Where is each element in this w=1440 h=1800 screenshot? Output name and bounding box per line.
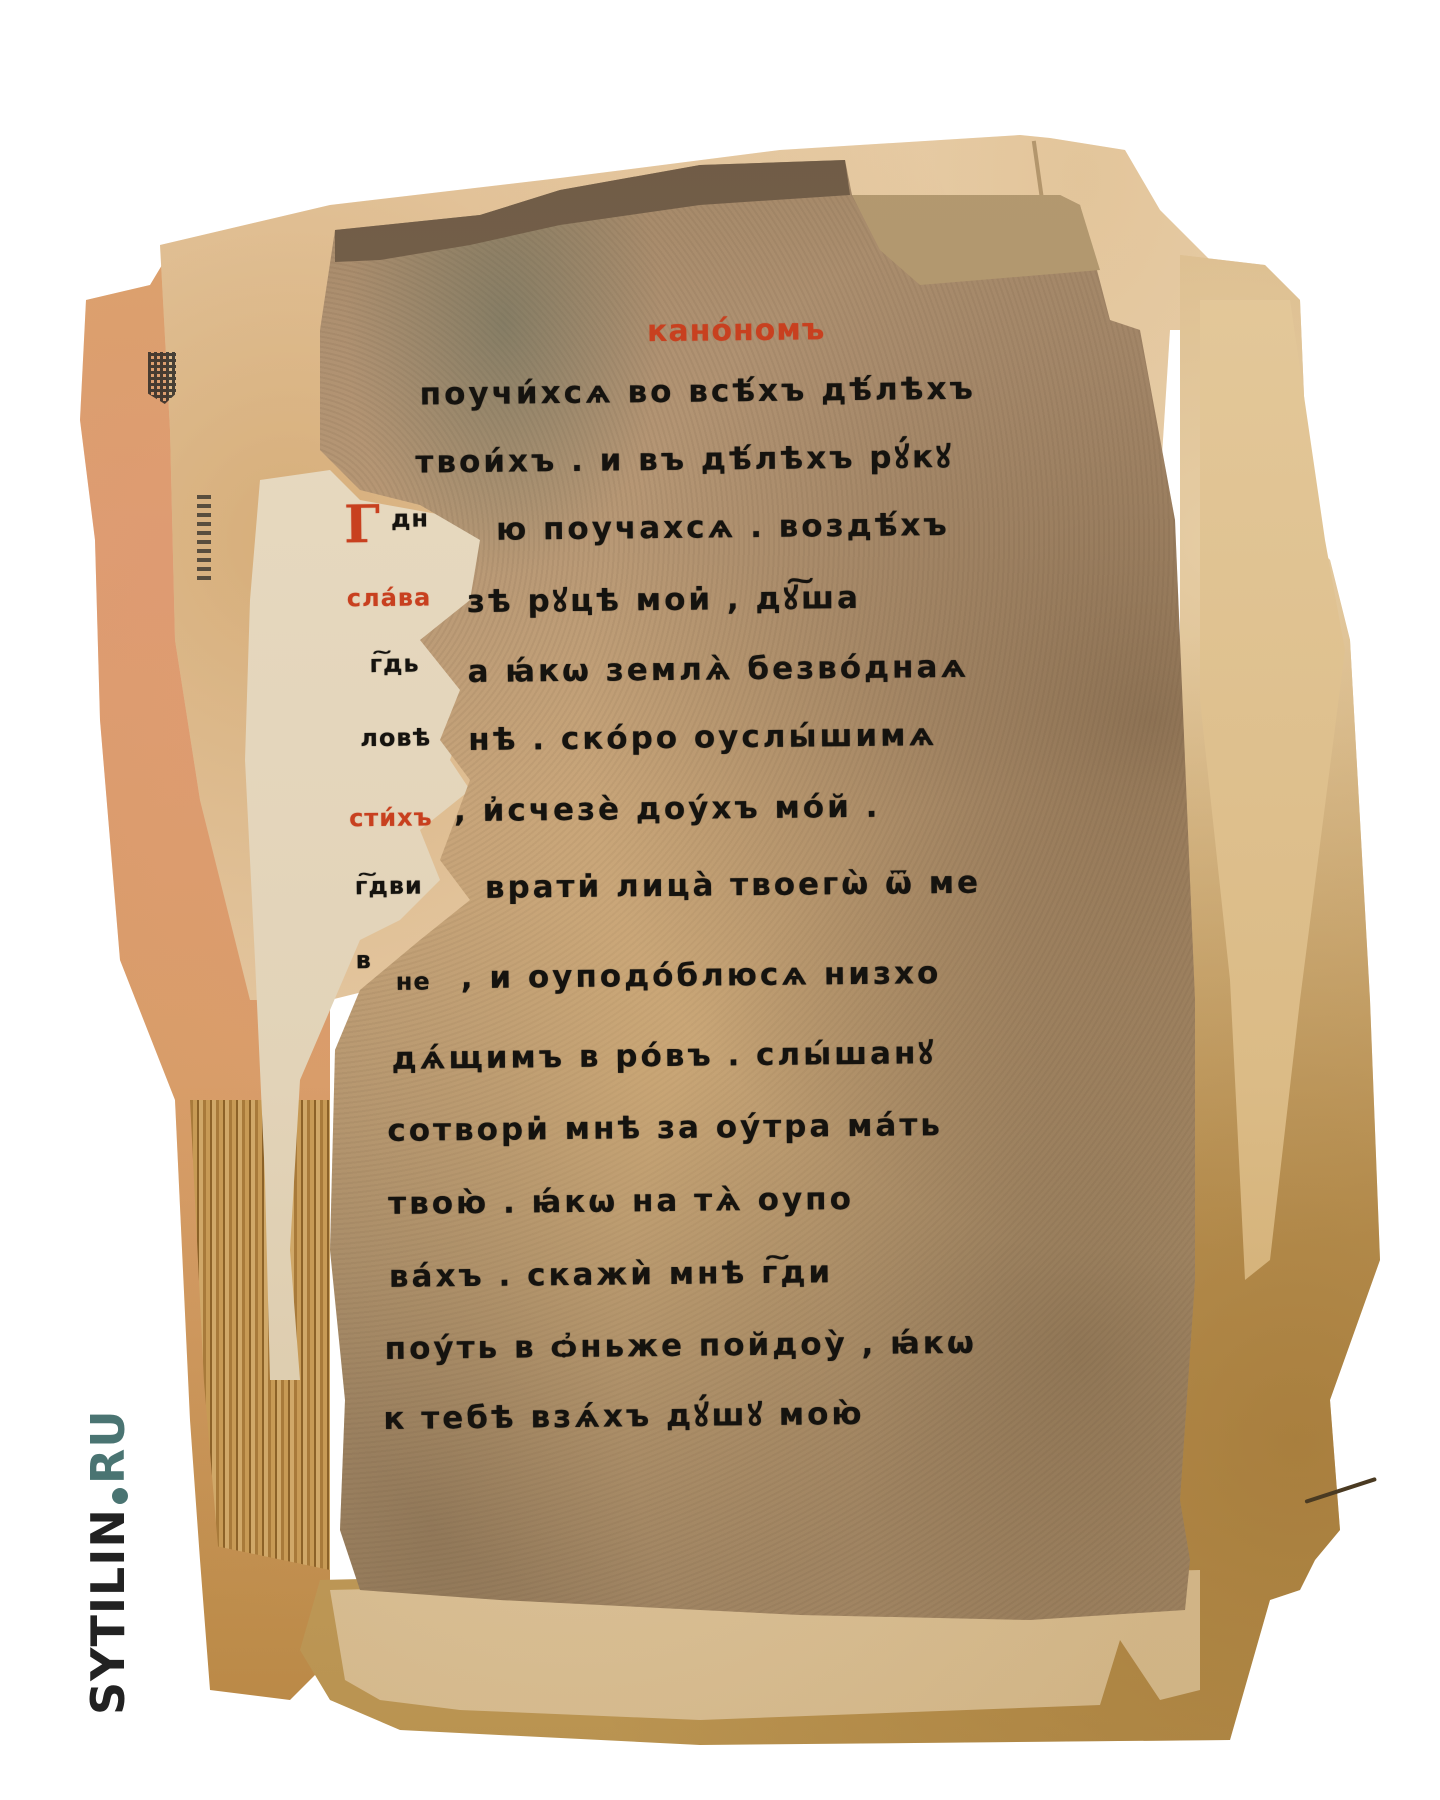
rubric-glory: сла́ва xyxy=(347,585,432,610)
watermark-logo: SYTILIN RU xyxy=(85,1409,131,1715)
text-line: поучи́хсѧ во всѣ́хъ дѣ́лѣхъ xyxy=(420,374,976,411)
margin-fragment: дн xyxy=(391,506,429,530)
margin-fragment: г͠дь xyxy=(369,652,419,677)
margin-fragment: г͠дви xyxy=(355,874,423,899)
manuscript-text: кано́номъ Г дн сла́ва г͠дь ловѣ сти́хъ г… xyxy=(0,0,1440,1800)
watermark-tld: RU xyxy=(85,1409,131,1484)
text-line: сотвори̇ мнѣ за оу́тра ма́ть xyxy=(387,1110,943,1147)
aperture-dot-icon xyxy=(112,1488,128,1504)
red-initial-letter: Г xyxy=(344,499,383,551)
photo-stage: кано́номъ Г дн сла́ва г͠дь ловѣ сти́хъ г… xyxy=(0,0,1440,1800)
text-line: нѣ . ско́ро оуслы́шимѧ xyxy=(468,720,937,756)
text-line: твои́хъ . и въ дѣ́лѣхъ рꙋ́кꙋ xyxy=(415,442,954,479)
margin-fragment: в xyxy=(355,948,371,972)
text-line: дѧ́щимъ в ро́въ . слы́шанꙋ xyxy=(391,1038,936,1075)
rubric-verse: сти́хъ xyxy=(349,805,433,830)
manuscript-title: кано́номъ xyxy=(647,315,826,347)
text-line: ва́хъ . скажѝ мнѣ г͠ди xyxy=(389,1257,834,1293)
text-line: к тебѣ взѧ́хъ дꙋ́шꙋ мою̀ xyxy=(383,1399,864,1435)
text-line: твою̀ . ꙗ́кѡ на тѧ̀ оупо xyxy=(388,1184,854,1220)
watermark-name: SYTILIN xyxy=(85,1508,131,1715)
margin-fragment: не xyxy=(396,969,431,993)
text-line: , и҆счезѐ доу́хъ мо́й . xyxy=(454,792,881,827)
margin-fragment: ловѣ xyxy=(360,725,431,750)
text-line: врати̇ лица̀ твоегѡ̀ ѿ ме xyxy=(485,868,982,904)
text-line: ю поучахсѧ . воздѣ́хъ xyxy=(496,510,950,546)
text-line: поу́ть в ѻ҆ньже пойдоу̀ , ꙗ́кѡ xyxy=(385,1328,977,1365)
text-line: а ꙗ́кѡ землѧ̀ безво́днаѧ xyxy=(467,652,969,688)
text-line: зѣ рꙋцѣ мои̇ , дꙋ͠ша xyxy=(467,583,861,618)
text-line: , и оуподо́блюсѧ низхо xyxy=(461,958,942,994)
